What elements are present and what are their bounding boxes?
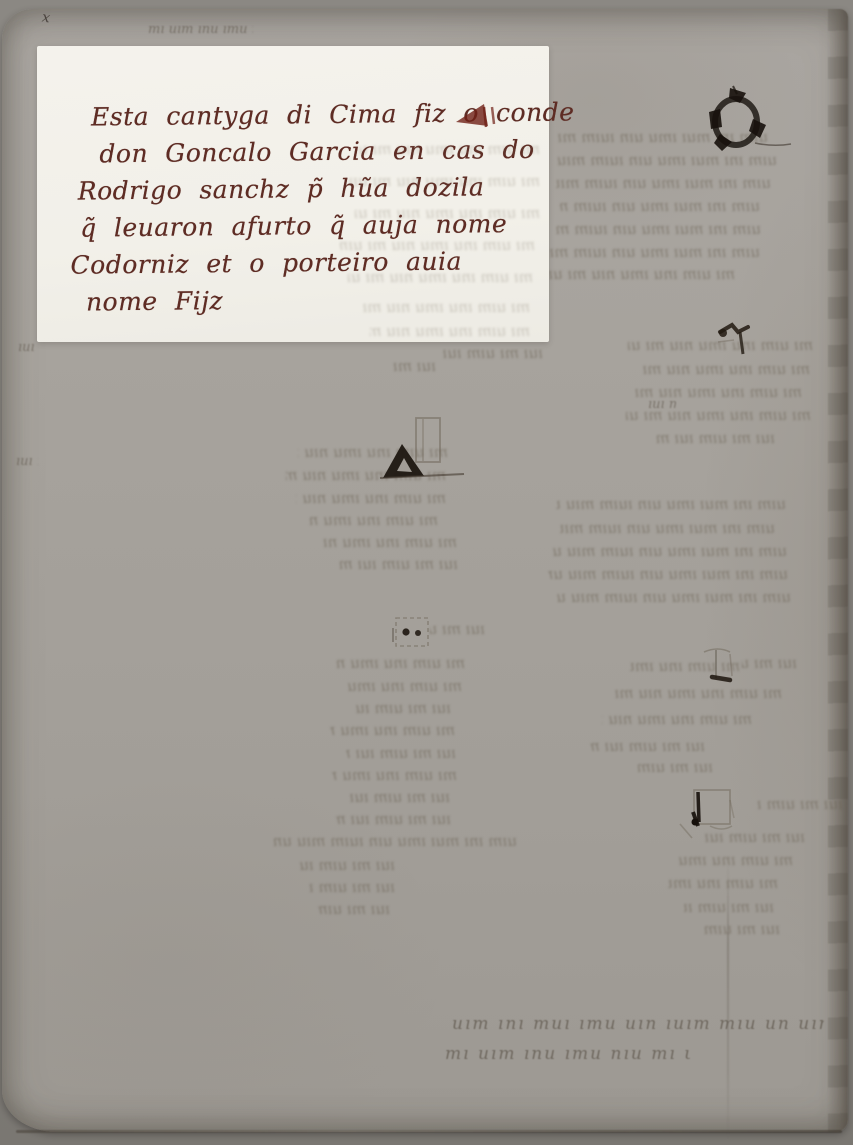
rubric-line: Codorniz et o porteiro auia bbox=[70, 241, 576, 283]
leaf-right-edge bbox=[828, 9, 848, 1132]
rubric-line: q̃ leuaron afurto q̃ auja nome bbox=[80, 204, 576, 246]
showthrough-corner-mark-icon bbox=[694, 644, 740, 686]
leaf-bottom-edge bbox=[16, 1130, 842, 1133]
showthrough-initial-a-icon bbox=[376, 416, 468, 486]
showthrough-square-mark-icon bbox=[388, 610, 438, 656]
ink-blot bbox=[448, 100, 496, 134]
rubric-line: Rodrigo sanchz p̃ hũa dozila bbox=[78, 167, 576, 209]
showthrough-initial-f-icon bbox=[714, 320, 756, 360]
rubric-line: nome Fijz bbox=[86, 278, 577, 320]
rubric-line: don Goncalo Garcia en cas do bbox=[99, 130, 575, 172]
rubric-slip: Esta cantyga di Cima fiz o conde don Gon… bbox=[37, 46, 549, 342]
fold-crease bbox=[727, 860, 729, 1140]
rubric-text: Esta cantyga di Cima fiz o conde don Gon… bbox=[76, 93, 577, 320]
showthrough-initial-o-icon bbox=[703, 85, 793, 157]
showthrough-frame-mark-icon bbox=[670, 780, 754, 848]
manuscript-photo: x Esta cantyga di Cima fiz o conde don G… bbox=[0, 0, 853, 1145]
rubric-line: Esta cantyga di Cima fiz o conde bbox=[91, 93, 575, 135]
